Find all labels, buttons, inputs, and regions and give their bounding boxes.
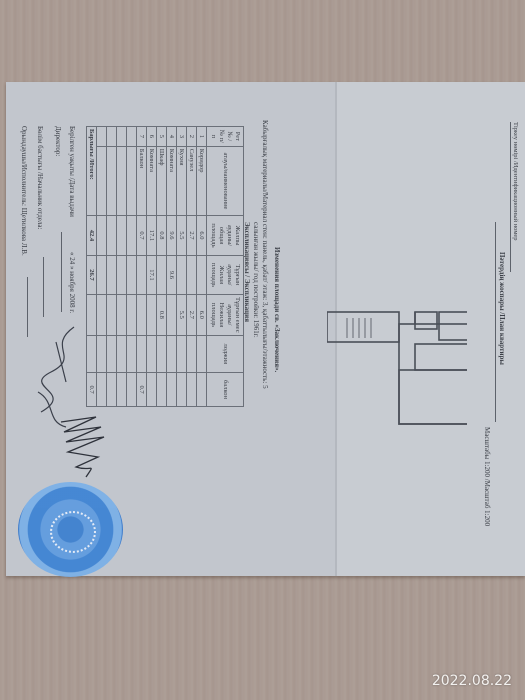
cell-loggia [187,335,197,372]
director-label: Директор: [54,126,62,156]
photo-timestamp: 2022.08.22 [432,673,512,689]
col-nonliving: Тұрғын емес ауданы/ Нежилая площадь [207,295,244,336]
table-row: 5Шкаф0.80.8 [157,127,167,407]
official-stamp [18,482,123,577]
cell-nonliving: 5.5 [177,295,187,336]
cell-name: Комната [167,146,177,216]
empty-cell [97,335,107,372]
cell-loggia [147,335,157,372]
col-loggia: лоджия [207,335,244,372]
cell-nonliving [167,295,177,336]
empty-cell [97,146,107,216]
empty-row [97,127,107,407]
cell-loggia [177,335,187,372]
stamp-emblem-icon [50,511,96,553]
apartment-outline [399,324,467,424]
cell-no: 1 [197,127,207,147]
empty-cell [107,295,117,336]
cell-nonliving: 6.0 [197,295,207,336]
empty-cell [97,373,107,407]
cell-no: 6 [147,127,157,147]
empty-cell [127,373,137,407]
issue-date-value: « 24 » ноября 2008 г. [68,252,76,313]
cell-no: 2 [187,127,197,147]
col-no: Рет № /№ п/п [207,127,244,147]
cell-living [197,255,207,294]
stairwell [327,312,399,342]
cell-balcony: 0.7 [137,373,147,407]
totals-nonliving [87,295,97,336]
col-balcony: балкон [207,373,244,407]
table-row: 7Балкон0.70.7 [137,127,147,407]
explication-table: Рет № /№ п/п атауы/наименование Жалпы ау… [86,126,244,407]
cell-balcony [167,373,177,407]
cell-name: Комната [147,146,157,216]
issue-date-label: Берілген уақыты /Дата выдачи [68,126,76,217]
table-row: 6Комната17.117.1 [147,127,157,407]
empty-cell [107,146,117,216]
explication-title: Изменения площади св. «Заключения». [273,247,281,372]
empty-cell [127,146,137,216]
empty-cell [97,255,107,294]
cell-no: 5 [157,127,167,147]
totals-loggia [87,335,97,372]
building-info-line-2: салынған жылы/ год постройки: 1961г. [252,222,260,338]
cell-total: 9.6 [167,216,177,255]
director-signature [56,412,111,482]
cell-balcony [147,373,157,407]
cell-total: 0.7 [137,216,147,255]
cell-balcony [177,373,187,407]
building-info-line-1: Кабырғалық материалы/Материал стен: пане… [261,120,269,389]
empty-cell [117,335,127,372]
document-sheet: Тіркеу нөмірі /Идентификационный номер П… [6,82,525,576]
empty-cell [117,295,127,336]
scale-label: Масштабы 1:200 /Масштаб 1:200 [483,427,491,526]
empty-cell [117,127,127,147]
totals-balcony: 0.7 [87,373,97,407]
cell-name: Балкон [137,146,147,216]
cell-loggia [157,335,167,372]
cell-living [137,255,147,294]
cell-living [177,255,187,294]
col-name: атауы/наименование [207,146,244,216]
cell-nonliving [147,295,157,336]
cell-balcony [187,373,197,407]
empty-cell [127,216,137,255]
kitchen [439,312,467,340]
totals-label: Барлығы /Итого: [87,127,97,216]
empty-cell [97,216,107,255]
empty-cell [127,295,137,336]
cell-living: 9.6 [167,255,177,294]
empty-row [107,127,117,407]
empty-cell [107,127,117,147]
director-signature-line [61,232,62,312]
cell-name: Коридор [197,146,207,216]
cell-total: 0.8 [157,216,167,255]
cell-balcony [157,373,167,407]
cell-name: Шкаф [157,146,167,216]
empty-cell [107,216,117,255]
cell-loggia [167,335,177,372]
empty-cell [97,127,107,147]
totals-total: 42.4 [87,216,97,255]
empty-cell [117,216,127,255]
cell-total: 5.5 [177,216,187,255]
col-living: Тұрғын ауданы/ Жилая площадь [207,255,244,294]
totals-row: Барлығы /Итого:42.426.70.7 [87,127,97,407]
cell-no: 7 [137,127,147,147]
table-row: 1Коридор6.06.0 [197,127,207,407]
empty-cell [127,255,137,294]
cell-name: Кухня [177,146,187,216]
floor-plan-drawing: 1к-0,80 [327,310,467,435]
empty-cell [107,373,117,407]
table-row: 3Кухня5.55.5 [177,127,187,407]
cell-balcony [197,373,207,407]
empty-cell [97,295,107,336]
cell-no: 4 [167,127,177,147]
empty-cell [117,373,127,407]
cell-living: 17.1 [147,255,157,294]
table-row: 2Санузел2.72.7 [187,127,197,407]
cell-nonliving: 2.7 [187,295,197,336]
col-total: Жалпы ауданы/ общая площадь [207,216,244,255]
cell-living [187,255,197,294]
totals-living: 26.7 [87,255,97,294]
table-row: 4Комната9.69.6 [167,127,177,407]
dept-head-signature-line [43,257,44,317]
plan-title: Пәтердің жоспары /План квартиры [498,252,506,365]
cell-total: 2.7 [187,216,197,255]
cell-living [157,255,167,294]
cell-loggia [197,335,207,372]
empty-cell [117,255,127,294]
plan-title-underline [495,222,496,422]
empty-cell [107,255,117,294]
empty-cell [127,335,137,372]
cell-name: Санузел [187,146,197,216]
cell-total: 17.1 [147,216,157,255]
dept-head-label: Бөлім бастығы /Начальник отдела: [36,126,44,229]
bathroom [415,312,437,329]
empty-cell [107,335,117,372]
cell-total: 6.0 [197,216,207,255]
room-small [415,344,467,370]
performer-label: Орындаушы/Исполнитель: Щетилкова Л.В. [20,126,28,256]
empty-cell [117,146,127,216]
empty-row [117,127,127,407]
cell-loggia [137,335,147,372]
cell-nonliving [137,295,147,336]
empty-cell [127,127,137,147]
explication-label: Экспликациясы / Экспликация [243,222,251,322]
cell-no: 3 [177,127,187,147]
empty-row [127,127,137,407]
room-large [399,370,467,424]
registration-number-line: Тіркеу нөмірі /Идентификационный номер [510,122,519,272]
cell-nonliving: 0.8 [157,295,167,336]
